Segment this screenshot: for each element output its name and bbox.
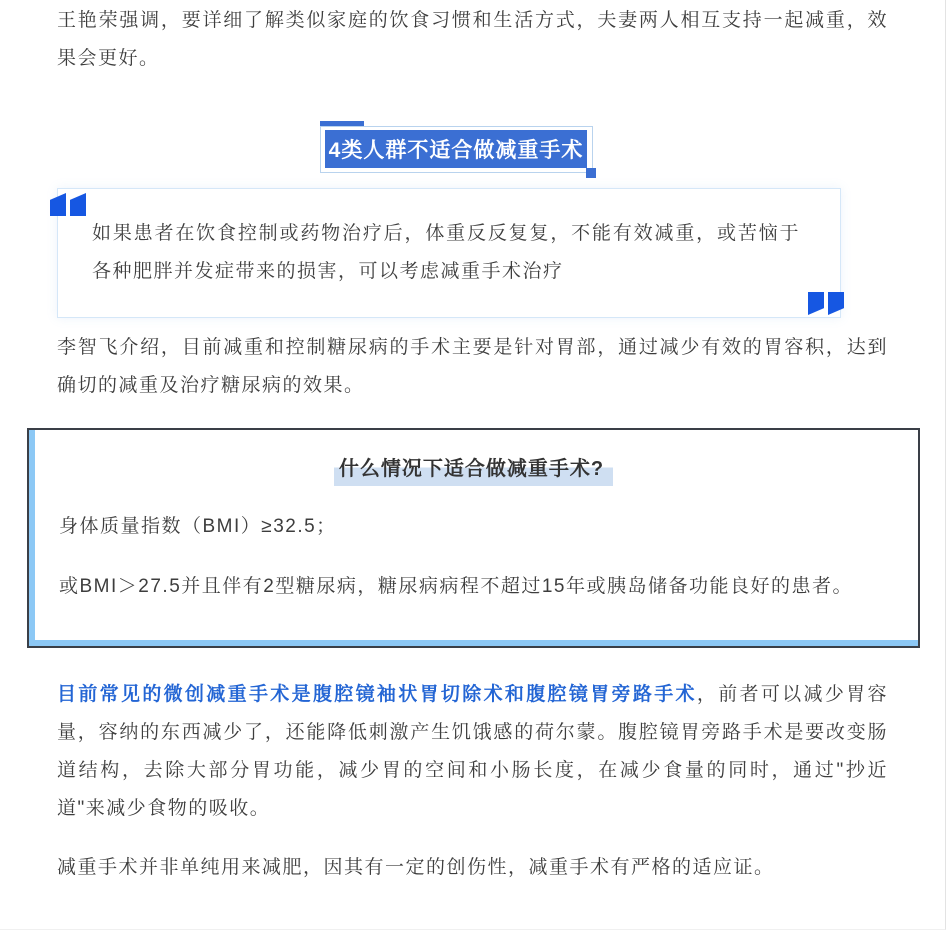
section-badge-title: 4类人群不适合做减重手术 — [325, 130, 587, 168]
quote-mark-shape — [828, 292, 844, 315]
quote-mark-shape — [70, 193, 86, 216]
bmi-box-title-highlight: 什么情况下适合做减重手术? — [334, 458, 613, 486]
bmi-criteria-box: 什么情况下适合做减重手术? 身体质量指数（BMI）≥32.5； 或BMI＞27.… — [27, 428, 920, 648]
paragraph-closing: 减重手术并非单纯用来减肥，因其有一定的创伤性，减重手术有严格的适应证。 — [57, 849, 888, 887]
article-page: 王艳荣强调，要详细了解类似家庭的饮食习惯和生活方式，夫妻两人相互支持一起减重，效… — [0, 0, 946, 930]
quote-mark-shape — [50, 193, 66, 216]
paragraph-surgery-intro: 李智飞介绍，目前减重和控制糖尿病的手术主要是针对胃部，通过减少有效的胃容积，达到… — [57, 329, 888, 405]
paragraph-intro: 王艳荣强调，要详细了解类似家庭的饮食习惯和生活方式，夫妻两人相互支持一起减重，效… — [57, 0, 888, 78]
bmi-criterion-2: 或BMI＞27.5并且伴有2型糖尿病，糖尿病病程不超过15年或胰岛储备功能良好的… — [59, 568, 888, 606]
quote-mark-shape — [808, 292, 824, 315]
surgery-types-emphasis: 目前常见的微创减重手术是腹腔镜袖状胃切除术和腹腔镜胃旁路手术 — [57, 684, 697, 705]
badge-corner-square — [586, 168, 596, 178]
section-badge: 4类人群不适合做减重手术 — [320, 126, 593, 173]
close-quote-icon — [808, 292, 844, 315]
quote-text: 如果患者在饮食控制或药物治疗后，体重反反复复，不能有效减重，或苦恼于各种肥胖并发… — [92, 215, 800, 291]
paragraph-surgery-types: 目前常见的微创减重手术是腹腔镜袖状胃切除术和腹腔镜胃旁路手术，前者可以减少胃容量… — [57, 676, 888, 828]
bmi-criterion-1: 身体质量指数（BMI）≥32.5； — [59, 508, 888, 546]
quote-callout: 如果患者在饮食控制或药物治疗后，体重反反复复，不能有效减重，或苦恼于各种肥胖并发… — [57, 188, 841, 318]
open-quote-icon — [50, 193, 86, 216]
bmi-box-title: 什么情况下适合做减重手术? — [59, 454, 888, 484]
